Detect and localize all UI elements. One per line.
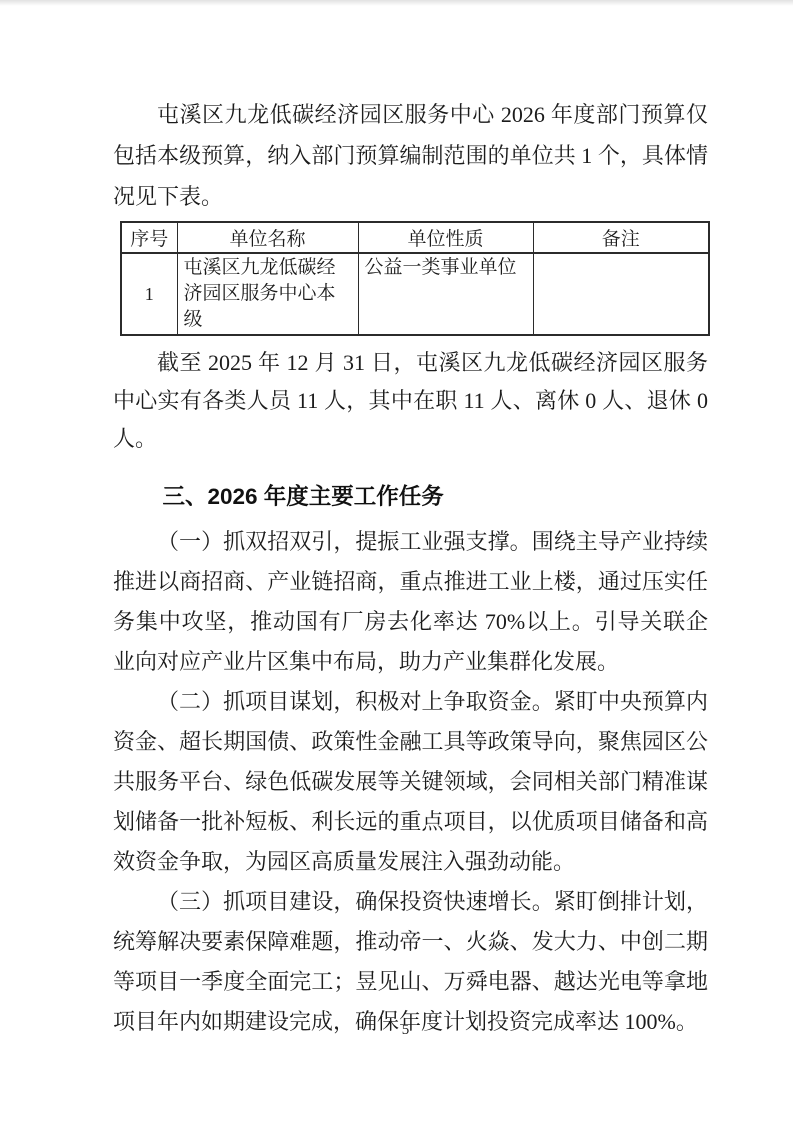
budget-units-table: 序号 单位名称 单位性质 备注 1 屯溪区九龙低碳经济园区服务中心本级 公益一类…: [120, 221, 710, 336]
task-paragraph-2: （二）抓项目谋划，积极对上争取资金。紧盯中央预算内资金、超长期国债、政策性金融工…: [113, 682, 708, 882]
table-header-note: 备注: [533, 222, 709, 253]
table-row: 1 屯溪区九龙低碳经济园区服务中心本级 公益一类事业单位: [121, 253, 709, 335]
table-header-unit-type: 单位性质: [358, 222, 533, 253]
task-paragraph-3: （三）抓项目建设，确保投资快速增长。紧盯倒排计划，统筹解决要素保障难题，推动帝一…: [113, 882, 708, 1042]
document-page: 屯溪区九龙低碳经济园区服务中心 2026 年度部门预算仅包括本级预算，纳入部门预…: [0, 0, 793, 1122]
table-header-row: 序号 单位名称 单位性质 备注: [121, 222, 709, 253]
table-header-seq: 序号: [121, 222, 177, 253]
table-cell-note: [533, 253, 709, 335]
section-heading-tasks: 三、2026 年度主要工作任务: [113, 482, 708, 512]
table-cell-unit-type: 公益一类事业单位: [358, 253, 533, 335]
table-cell-unit-name: 屯溪区九龙低碳经济园区服务中心本级: [177, 253, 358, 335]
table-cell-seq: 1: [121, 253, 177, 335]
intro-paragraph-staffing: 截至 2025 年 12 月 31 日，屯溪区九龙低碳经济园区服务中心实有各类人…: [113, 344, 708, 458]
intro-paragraph-budget-scope: 屯溪区九龙低碳经济园区服务中心 2026 年度部门预算仅包括本级预算，纳入部门预…: [113, 94, 708, 217]
scan-edge-shadow: [0, 0, 793, 6]
page-content: 屯溪区九龙低碳经济园区服务中心 2026 年度部门预算仅包括本级预算，纳入部门预…: [113, 94, 708, 1042]
page-number: 5: [0, 1022, 793, 1039]
table-header-unit-name: 单位名称: [177, 222, 358, 253]
task-paragraph-1: （一）抓双招双引，提振工业强支撑。围绕主导产业持续推进以商招商、产业链招商，重点…: [113, 522, 708, 682]
